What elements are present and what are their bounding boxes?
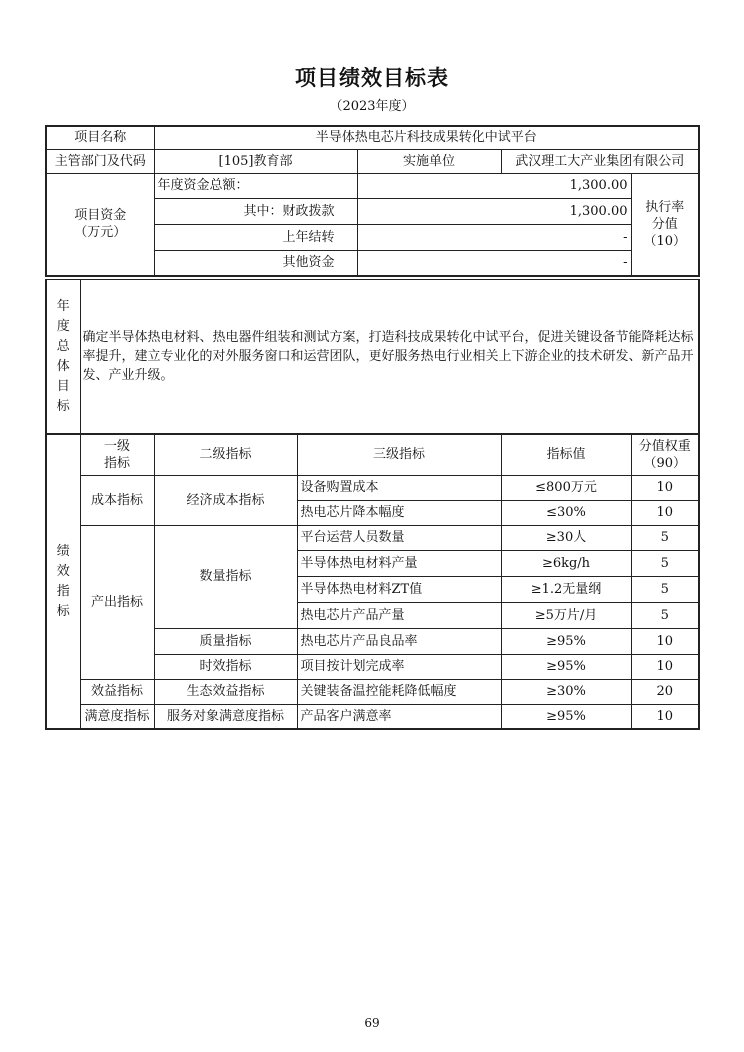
weight-cell: 10 (631, 475, 699, 500)
funding-carryover-label: 上年结转 (154, 224, 357, 250)
funding-row-total: 项目资金 （万元） 年度资金总额： 1,300.00 执行率 分值 （10） (46, 173, 699, 198)
level2-economic-cost: 经济成本指标 (154, 475, 297, 525)
level3-cell: 半导体热电材料产量 (297, 550, 501, 576)
funding-fiscal-label: 其中：财政拨款 (154, 198, 357, 224)
level1-benefit: 效益指标 (80, 679, 154, 704)
weight-cell: 5 (631, 525, 699, 550)
page-number: 69 (0, 1016, 744, 1030)
weight-cell: 20 (631, 679, 699, 704)
level2-service-satisfaction: 服务对象满意度指标 (154, 704, 297, 729)
document-title: 项目绩效目标表 (0, 62, 744, 92)
project-name-value: 半导体热电芯片科技成果转化中试平台 (154, 126, 699, 149)
funding-other-label: 其他资金 (154, 250, 357, 276)
funding-fiscal-value: 1,300.00 (357, 198, 631, 224)
funding-label-line1: 项目资金 (50, 207, 151, 224)
execution-rate-line1: 执行率 (635, 199, 696, 216)
header-level1-line2: 指标 (84, 455, 151, 472)
project-name-row: 项目名称 半导体热电芯片科技成果转化中试平台 (46, 126, 699, 149)
header-weight-line1: 分值权重 (635, 438, 696, 455)
funding-label-line2: （万元） (50, 224, 151, 241)
table-row: 满意度指标 服务对象满意度指标 产品客户满意率 ≥95% 10 (46, 704, 699, 729)
value-cell: ≥95% (501, 704, 631, 729)
level3-cell: 热电芯片降本幅度 (297, 500, 501, 525)
value-cell: ≥6kg/h (501, 550, 631, 576)
value-cell: ≥30人 (501, 525, 631, 550)
level3-cell: 热电芯片产品产量 (297, 602, 501, 628)
level1-output: 产出指标 (80, 525, 154, 679)
implementing-unit-value: 武汉理工大产业集团有限公司 (501, 149, 699, 173)
level2-quality: 质量指标 (154, 628, 297, 654)
indicators-header-row: 绩效指标 一级 指标 二级指标 三级指标 指标值 分值权重 （90） (46, 434, 699, 475)
header-weight-line2: （90） (635, 455, 696, 472)
value-cell: ≥1.2无量纲 (501, 576, 631, 602)
header-level1-line1: 一级 (84, 438, 151, 455)
funding-other-value: - (357, 250, 631, 276)
table-row: 产出指标 数量指标 平台运营人员数量 ≥30人 5 (46, 525, 699, 550)
value-cell: ≥5万片/月 (501, 602, 631, 628)
value-cell: ≤30% (501, 500, 631, 525)
annual-goal-text: 确定半导体热电材料、热电器件组装和测试方案，打造科技成果转化中试平台，促进关键设… (80, 280, 699, 434)
value-cell: ≥95% (501, 654, 631, 679)
header-level2: 二级指标 (154, 434, 297, 475)
weight-cell: 10 (631, 704, 699, 729)
level2-quantity: 数量指标 (154, 525, 297, 628)
value-cell: ≥95% (501, 628, 631, 654)
header-level3: 三级指标 (297, 434, 501, 475)
weight-cell: 10 (631, 628, 699, 654)
annual-goal-label: 年度总体目标 (46, 280, 80, 434)
annual-goal-row: 年度总体目标 确定半导体热电材料、热电器件组装和测试方案，打造科技成果转化中试平… (46, 280, 699, 434)
header-level1: 一级 指标 (80, 434, 154, 475)
table-row: 效益指标 生态效益指标 关键装备温控能耗降低幅度 ≥30% 20 (46, 679, 699, 704)
department-row: 主管部门及代码 [105]教育部 实施单位 武汉理工大产业集团有限公司 (46, 149, 699, 173)
weight-cell: 5 (631, 576, 699, 602)
level3-cell: 项目按计划完成率 (297, 654, 501, 679)
funding-total-value: 1,300.00 (357, 173, 631, 198)
performance-section-label: 绩效指标 (46, 434, 80, 729)
funding-label: 项目资金 （万元） (46, 173, 154, 276)
header-value: 指标值 (501, 434, 631, 475)
weight-cell: 10 (631, 654, 699, 679)
header-weight: 分值权重 （90） (631, 434, 699, 475)
funding-carryover-value: - (357, 224, 631, 250)
funding-total-label: 年度资金总额： (154, 173, 357, 198)
level3-cell: 平台运营人员数量 (297, 525, 501, 550)
weight-cell: 10 (631, 500, 699, 525)
level2-timeliness: 时效指标 (154, 654, 297, 679)
weight-cell: 5 (631, 602, 699, 628)
level1-cost: 成本指标 (80, 475, 154, 525)
department-value: [105]教育部 (154, 149, 357, 173)
annual-goal-label-text: 年度总体目标 (56, 297, 70, 417)
weight-cell: 5 (631, 550, 699, 576)
level3-cell: 关键装备温控能耗降低幅度 (297, 679, 501, 704)
execution-rate-score-label: 执行率 分值 （10） (631, 173, 699, 276)
execution-rate-line3: （10） (635, 233, 696, 250)
level1-satisfaction: 满意度指标 (80, 704, 154, 729)
table-row: 成本指标 经济成本指标 设备购置成本 ≤800万元 10 (46, 475, 699, 500)
department-label: 主管部门及代码 (46, 149, 154, 173)
document-year: （2023年度） (0, 95, 744, 114)
performance-section-label-text: 绩效指标 (56, 542, 70, 622)
level3-cell: 设备购置成本 (297, 475, 501, 500)
value-cell: ≤800万元 (501, 475, 631, 500)
project-info-table: 项目名称 半导体热电芯片科技成果转化中试平台 主管部门及代码 [105]教育部 … (45, 125, 700, 277)
level3-cell: 热电芯片产品良品率 (297, 628, 501, 654)
level2-ecological-benefit: 生态效益指标 (154, 679, 297, 704)
value-cell: ≥30% (501, 679, 631, 704)
level3-cell: 半导体热电材料ZT值 (297, 576, 501, 602)
project-name-label: 项目名称 (46, 126, 154, 149)
annual-goal-table: 年度总体目标 确定半导体热电材料、热电器件组装和测试方案，打造科技成果转化中试平… (45, 279, 700, 434)
performance-indicators-table: 绩效指标 一级 指标 二级指标 三级指标 指标值 分值权重 （90） 成本指标 … (45, 433, 700, 730)
execution-rate-line2: 分值 (635, 216, 696, 233)
level3-cell: 产品客户满意率 (297, 704, 501, 729)
implementing-unit-label: 实施单位 (357, 149, 501, 173)
